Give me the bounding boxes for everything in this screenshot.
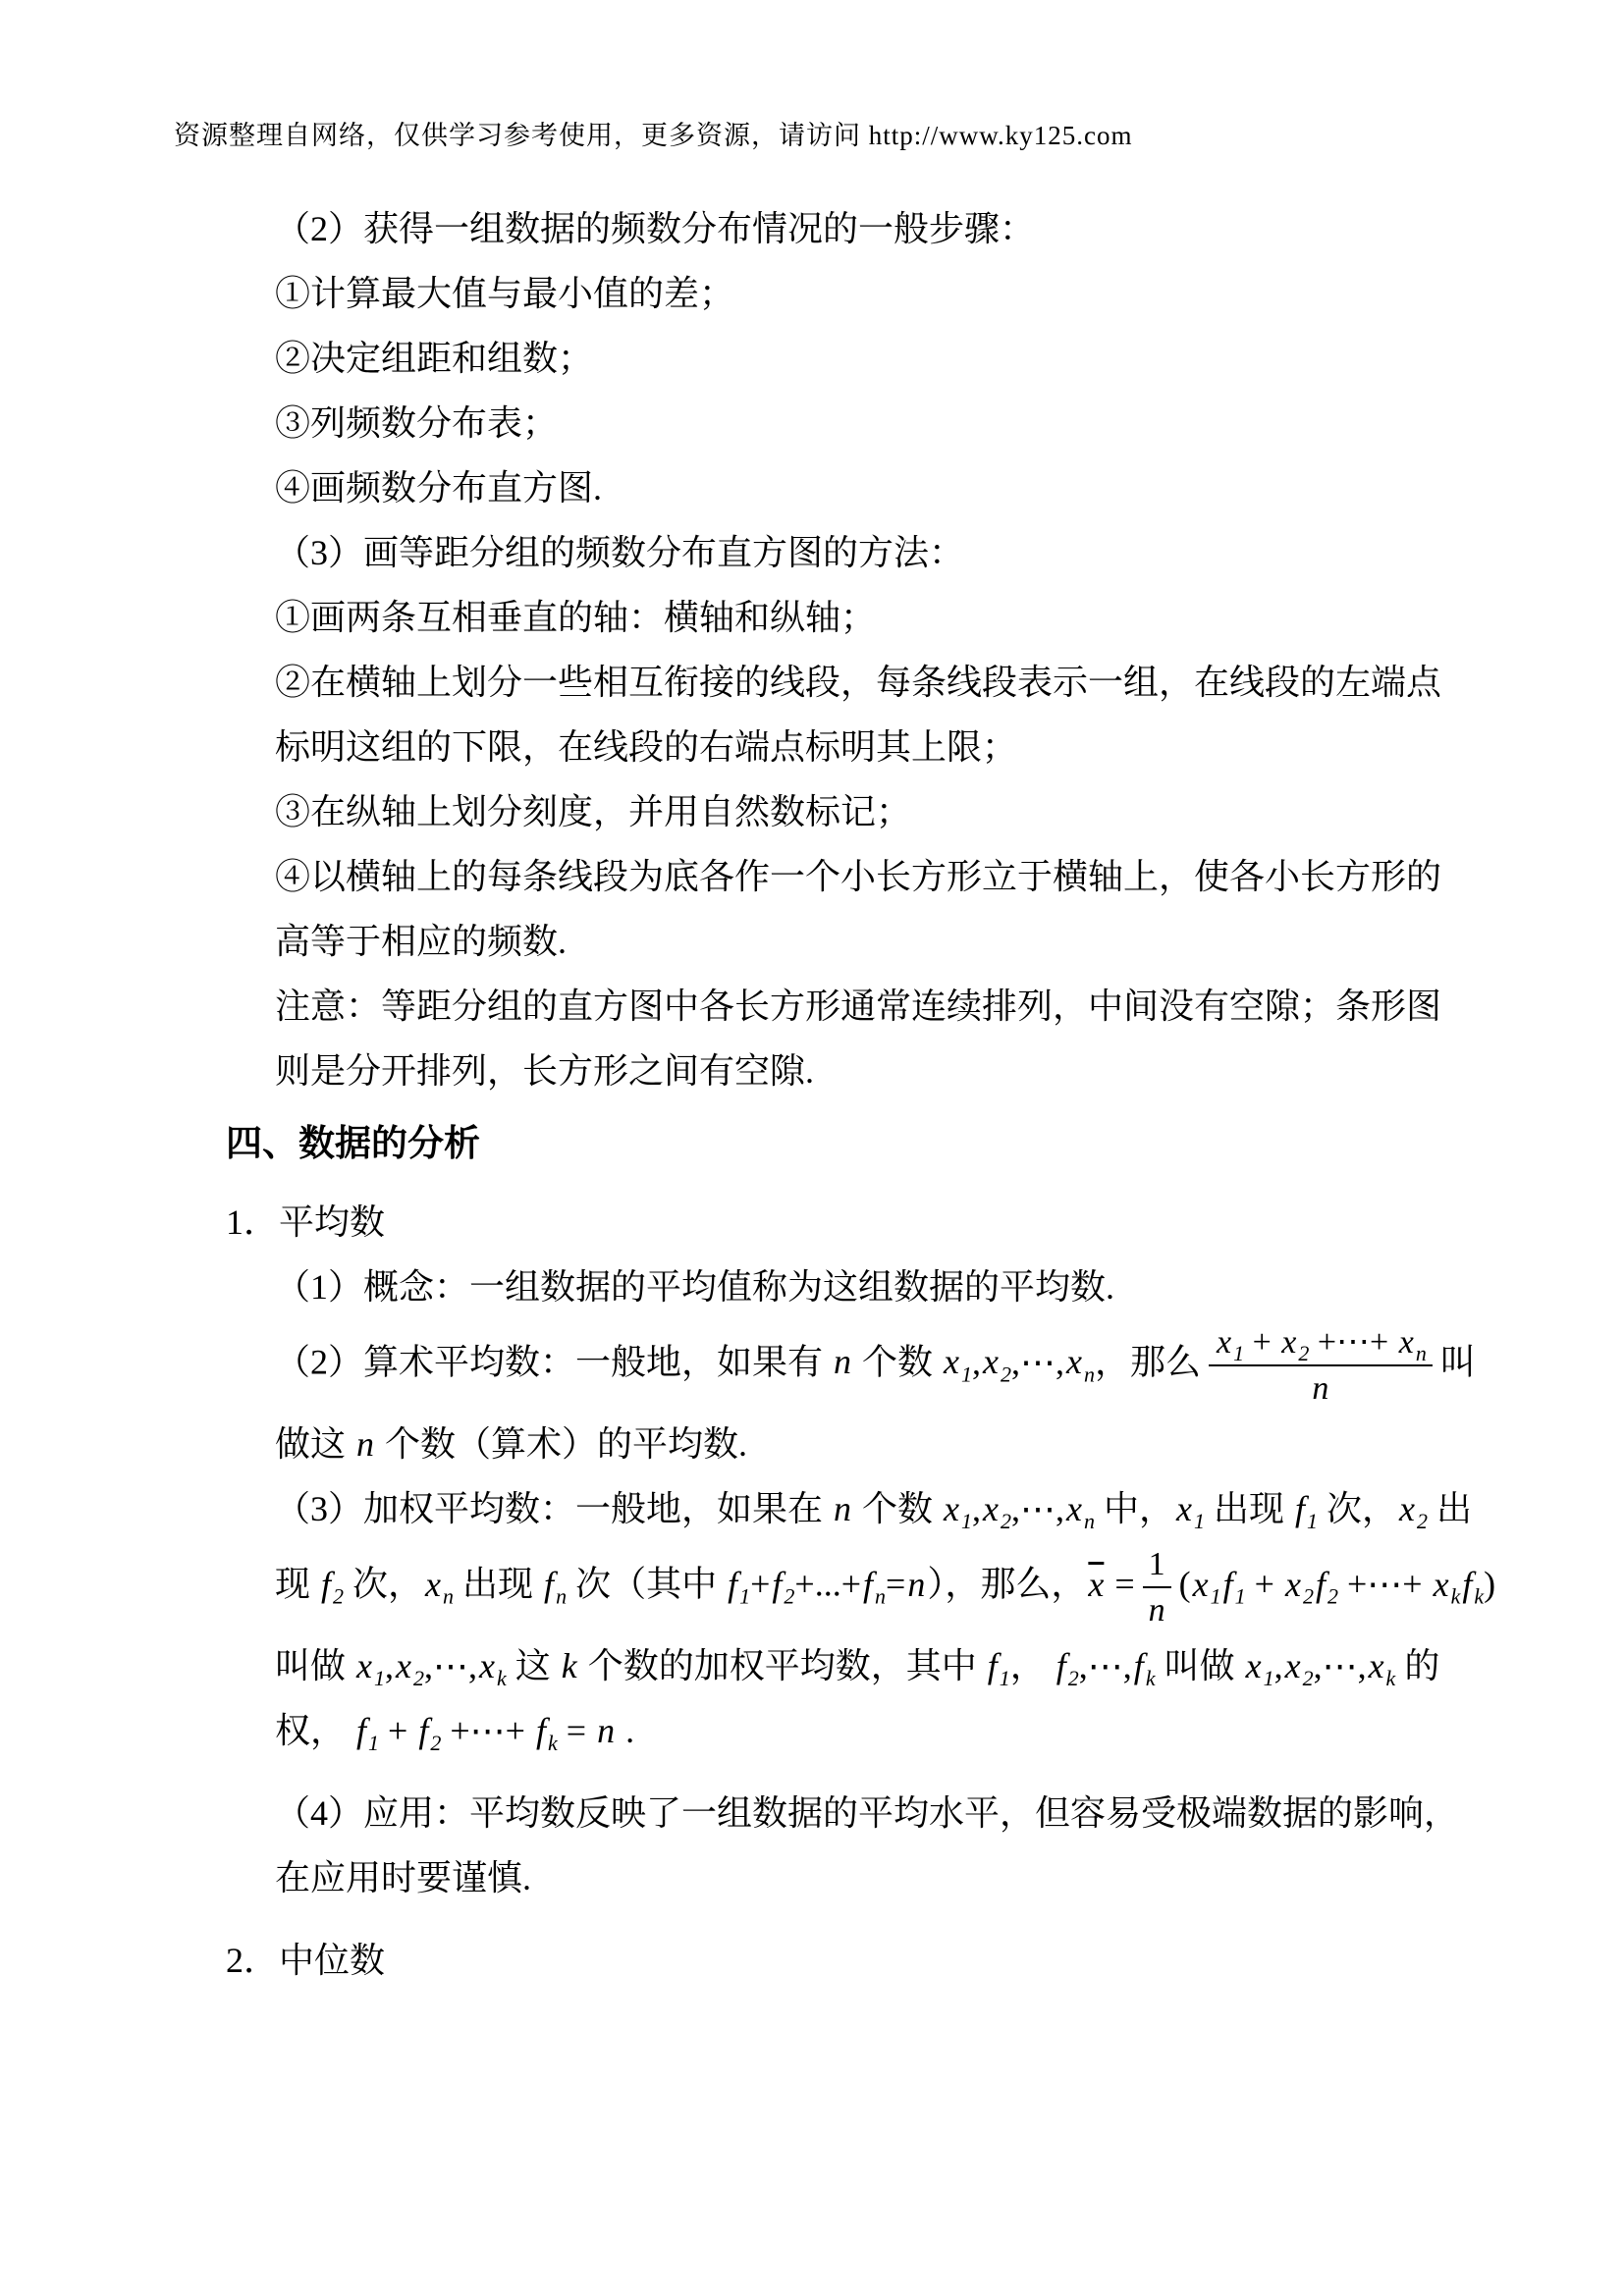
math-variable: f [726,1565,739,1604]
math-subscript: 2 [1298,1341,1309,1365]
math-variable: x [1432,1565,1451,1604]
text-run: +⋯+ [441,1711,534,1750]
math-variable: f [1460,1565,1474,1604]
text-run: 叫做 [275,1646,354,1685]
text-run: 这 [507,1646,560,1685]
text-run: 次（其中 [567,1565,726,1604]
math-subscript: 1 [961,1509,972,1533]
math-subscript: n [1416,1341,1427,1365]
math-subscript: 1 [374,1667,385,1691]
paragraph-20: （3）加权平均数：一般地，如果在 n 个数 x1,x2,⋯,xn 中，x1 出现… [275,1476,1473,1541]
text-run: （3）加权平均数：一般地，如果在 [275,1489,832,1528]
math-variable: x [1064,1342,1084,1381]
text-run: ①计算最大值与最小值的差； [275,274,734,313]
math-subscript: n [443,1584,454,1609]
text-run: ④以横轴上的每条线段为底各作一个小长方形立于横轴上，使各小长方形的 [275,857,1441,896]
paragraph-19: 做这 n 个数（算术）的平均数. [275,1412,1473,1476]
math-subscript: k [497,1667,507,1691]
text-run: +⋯+ [1309,1324,1396,1361]
text-run: 个数 [853,1489,942,1528]
text-run: 出现 [454,1565,542,1604]
text-run: ②在横轴上划分一些相互衔接的线段，每条线段表示一组，在线段的左端点 [275,663,1441,702]
math-variable: x [942,1489,961,1528]
math-variable: x [1064,1489,1084,1528]
paragraph-8: ②在横轴上划分一些相互衔接的线段，每条线段表示一组，在线段的左端点 [275,650,1473,715]
math-subscript: 1 [1307,1509,1318,1533]
paragraph-15: 四、数据的分析 [226,1111,1473,1176]
text-run: , [1274,1646,1283,1685]
fraction-numerator: 1 [1143,1545,1171,1588]
math-subscript: k [1146,1667,1156,1691]
math-subscript: k [1474,1584,1484,1609]
math-variable: f [770,1565,784,1604]
paragraph-7: ①画两条互相垂直的轴：横轴和纵轴； [275,585,1473,650]
text-run: 次， [1318,1489,1397,1528]
text-run: 个数的加权平均数，其中 [579,1646,986,1685]
math-subscript: k [1451,1584,1461,1609]
math-subscript: 1 [961,1362,972,1387]
math-subscript: 1 [1264,1667,1274,1691]
paragraph-11: ④以横轴上的每条线段为底各作一个小长方形立于横轴上，使各小长方形的 [275,844,1473,909]
math-subscript: 1 [1211,1584,1221,1609]
math-variable: x [1215,1324,1233,1361]
text-run: （2）算术平均数：一般地，如果有 [275,1342,832,1381]
math-subscript: 2 [1001,1362,1011,1387]
math-subscript: n [875,1584,886,1609]
math-variable: f [1221,1565,1235,1604]
paragraph-12: 高等于相应的频数. [275,909,1473,974]
paragraph-10: ③在纵轴上划分刻度，并用自然数标记； [275,779,1473,844]
math-variable: f [542,1565,556,1604]
paragraph-22: 叫做 x1,x2,⋯,xk 这 k 个数的加权平均数，其中 f1， f2,⋯,f… [275,1633,1473,1698]
math-variable: n [1310,1370,1330,1407]
math-subscript: 2 [430,1732,441,1756]
text-run: 标明这组的下限，在线段的右端点标明其上限； [275,727,1017,767]
math-subscript: n [556,1584,567,1609]
text-run: 次， [344,1565,423,1604]
text-run: , [385,1646,394,1685]
math-variable: f [1314,1565,1327,1604]
text-run: = [1106,1565,1134,1604]
text-run: ,⋯, [1079,1646,1132,1685]
text-run: 在应用时要谨慎. [275,1858,531,1897]
math-variable: x [1367,1646,1386,1685]
text-run: 出现 [1205,1489,1293,1528]
math-subscript: 1 [739,1584,750,1609]
text-run: 则是分开排列，长方形之间有空隙. [275,1051,814,1091]
document-body: （2）获得一组数据的频数分布情况的一般步骤：①计算最大值与最小值的差；②决定组距… [226,196,1473,1993]
text-run: ④画频数分布直方图. [275,468,602,507]
text-run: 个数 [853,1342,942,1381]
text-run: 的 [1395,1646,1439,1685]
text-run: ( [1179,1565,1191,1604]
math-subscript: k [548,1732,558,1756]
math-variable: x [1244,1646,1264,1685]
text-run: ,⋯, [424,1646,477,1685]
text-run: ），那么， [927,1565,1086,1604]
math-variable: x [477,1646,497,1685]
paragraph-16: 1．平均数 [226,1190,1473,1255]
text-run: 叫 [1440,1342,1476,1381]
math-variable: f [416,1711,430,1750]
paragraph-23: 权， f1 + f2 +⋯+ fk = n . [275,1698,1473,1763]
text-run: 叫做 [1156,1646,1244,1685]
math-subscript: n [1084,1509,1095,1533]
paragraph-6: （3）画等距分组的频数分布直方图的方法： [275,520,1473,585]
text-run: + [1246,1565,1283,1604]
text-run: ,⋯, [1011,1489,1064,1528]
math-subscript: 1 [368,1732,379,1756]
fraction-denominator: n [1209,1366,1433,1408]
text-run: 高等于相应的频数. [275,922,567,961]
math-variable: x [1191,1565,1211,1604]
math-variable: f [354,1711,368,1750]
text-run: （2）获得一组数据的频数分布情况的一般步骤： [275,209,1035,248]
text-run: ②决定组距和组数； [275,339,593,378]
math-variable: x [1397,1324,1416,1361]
math-variable: x [942,1342,961,1381]
math-subscript: 1 [1235,1584,1246,1609]
math-subscript: 1 [1000,1667,1010,1691]
math-variable: x [1279,1324,1298,1361]
text-run: 1 [1149,1546,1165,1582]
paragraph-18: （2）算术平均数：一般地，如果有 n 个数 x1,x2,⋯,xn，那么x1 + … [275,1319,1473,1412]
math-variable: f [1055,1646,1068,1685]
math-subscript: n [1084,1362,1095,1387]
text-run: = [558,1711,595,1750]
text-run: 个数（算术）的平均数. [376,1424,747,1464]
text-run: , [972,1342,981,1381]
math-subscript: 1 [1194,1509,1205,1533]
text-run: ,⋯, [1314,1646,1367,1685]
paragraph-2: ①计算最大值与最小值的差； [275,261,1473,326]
text-run: ,⋯, [1011,1342,1064,1381]
text-run: ③列频数分布表； [275,403,558,443]
text-run: ， [1010,1646,1055,1685]
paragraph-25: 在应用时要谨慎. [275,1845,1473,1910]
text-run: + [750,1565,770,1604]
math-variable: k [560,1646,579,1685]
math-variable: n [354,1424,376,1464]
math-subscript: 2 [1303,1667,1314,1691]
paragraph-26: 2．中位数 [226,1928,1473,1993]
math-variable: x [1283,1565,1303,1604]
math-subscript: 2 [1303,1584,1314,1609]
math-variable-overbar: x [1086,1565,1106,1604]
text-run: （3）画等距分组的频数分布直方图的方法： [275,533,964,572]
text-run: 权， [275,1711,354,1750]
math-subscript: 2 [333,1584,344,1609]
text-run: +⋯+ [1338,1565,1432,1604]
paragraph-21: 现 f2 次，xn 出现 fn 次（其中 f1+f2+...+fn=n），那么，… [275,1541,1473,1633]
math-variable: f [1132,1646,1146,1685]
paragraph-24: （4）应用：平均数反映了一组数据的平均水平，但容易受极端数据的影响， [275,1781,1473,1845]
math-variable: x [354,1646,374,1685]
paragraph-13: 注意：等距分组的直方图中各长方形通常连续排列，中间没有空隙；条形图 [275,974,1473,1039]
text-run: （1）概念：一组数据的平均值称为这组数据的平均数. [275,1267,1114,1307]
paragraph-5: ④画频数分布直方图. [275,455,1473,520]
fraction-denominator: n [1143,1588,1171,1629]
math-subscript: 2 [784,1584,794,1609]
math-variable: x [423,1565,443,1604]
math-variable: f [986,1646,1000,1685]
math-variable: x [1283,1646,1303,1685]
paragraph-3: ②决定组距和组数； [275,326,1473,391]
math-variable: n [905,1565,927,1604]
text-run: ③在纵轴上划分刻度，并用自然数标记； [275,792,911,831]
fraction: 1n [1143,1545,1171,1629]
text-run: , [972,1489,981,1528]
math-variable: f [1293,1489,1307,1528]
text-run: = [886,1565,905,1604]
text-run: 做这 [275,1424,354,1464]
paragraph-17: （1）概念：一组数据的平均值称为这组数据的平均数. [275,1255,1473,1319]
paragraph-14: 则是分开排列，长方形之间有空隙. [275,1039,1473,1103]
text-run: 中， [1095,1489,1174,1528]
document-page: 资源整理自网络，仅供学习参考使用，更多资源，请访问 http://www.ky1… [0,0,1624,2296]
text-run: ) [1484,1565,1495,1604]
text-run: + [379,1711,416,1750]
text-run: ①画两条互相垂直的轴：横轴和纵轴； [275,598,876,637]
math-subscript: 2 [1001,1509,1011,1533]
text-run: . [617,1711,634,1750]
text-run: 四、数据的分析 [226,1123,480,1163]
math-variable: f [319,1565,333,1604]
math-subscript: 1 [1233,1341,1244,1365]
math-subscript: k [1386,1667,1396,1691]
math-variable: f [861,1565,875,1604]
text-run: +...+ [794,1565,861,1604]
math-variable: x [1174,1489,1194,1528]
math-subscript: 2 [1417,1509,1428,1533]
math-variable: x [394,1646,413,1685]
text-run: 1．平均数 [226,1202,385,1242]
watermark-header: 资源整理自网络，仅供学习参考使用，更多资源，请访问 http://www.ky1… [174,114,1132,152]
math-variable: n [595,1711,617,1750]
math-variable: n [1147,1592,1167,1629]
text-run: + [1244,1324,1279,1361]
paragraph-9: 标明这组的下限，在线段的右端点标明其上限； [275,715,1473,779]
paragraph-4: ③列频数分布表； [275,391,1473,455]
fraction: x1 + x2 +⋯+ xnn [1209,1323,1433,1408]
paragraph-1: （2）获得一组数据的频数分布情况的一般步骤： [275,196,1473,261]
math-variable: f [534,1711,548,1750]
math-variable: n [832,1489,853,1528]
math-variable: x [981,1342,1001,1381]
math-subscript: 2 [413,1667,424,1691]
text-run: 2．中位数 [226,1941,385,1980]
math-variable: x [981,1489,1001,1528]
text-run: 出 [1428,1489,1472,1528]
math-variable: n [832,1342,853,1381]
text-run: 现 [275,1565,319,1604]
text-run: （4）应用：平均数反映了一组数据的平均水平，但容易受极端数据的影响， [275,1793,1459,1833]
fraction-numerator: x1 + x2 +⋯+ xn [1209,1323,1433,1366]
text-run: 注意：等距分组的直方图中各长方形通常连续排列，中间没有空隙；条形图 [275,987,1441,1026]
math-subscript: 2 [1327,1584,1338,1609]
text-run: ，那么 [1095,1342,1201,1381]
math-subscript: 2 [1068,1667,1079,1691]
math-variable: x [1397,1489,1417,1528]
